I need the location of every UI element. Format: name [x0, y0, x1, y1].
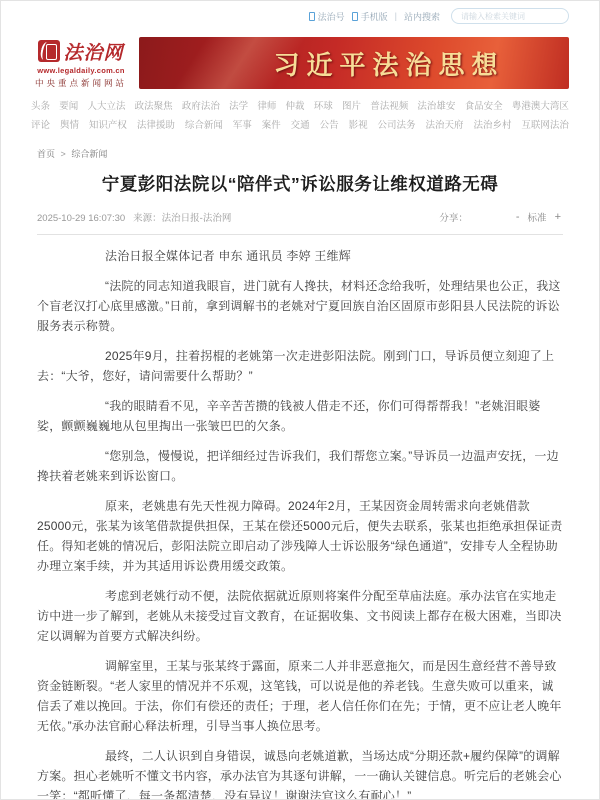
- mobile-version-link[interactable]: 手机版: [352, 10, 388, 23]
- article-paragraph: 原来，老姚患有先天性视力障碍。2024年2月，王某因资金周转需求向老姚借款250…: [37, 496, 563, 576]
- main-nav: 头条 要闻 人大立法 政法聚焦 政府法治 法学 律师 仲裁 环球 图片 普法视频…: [1, 89, 599, 137]
- mobile-icon: [352, 12, 358, 21]
- nav-item[interactable]: 粤港澳大湾区: [512, 97, 569, 116]
- banner-title: 习近平法治思想: [203, 45, 504, 82]
- logo-url: www.legaldaily.com.cn: [37, 66, 125, 75]
- article-paragraph: “我的眼睛看不见，辛辛苦苦攒的钱被人借走不还，你们可得帮帮我！”老姚泪眼婆娑，颤…: [37, 396, 563, 436]
- nav-item[interactable]: 仲裁: [286, 97, 305, 116]
- article-source: 法治日报-法治网: [162, 213, 232, 224]
- font-size-label: 标准: [528, 210, 547, 224]
- nav-item[interactable]: 法学: [229, 97, 248, 116]
- nav-item[interactable]: 评论: [31, 116, 50, 135]
- logo-title: 法治网: [63, 38, 123, 65]
- article-time: 2025-10-29 16:07:30: [37, 213, 125, 224]
- nav-item[interactable]: 公司法务: [378, 116, 416, 135]
- breadcrumb-current[interactable]: 综合新闻: [71, 149, 107, 159]
- article-byline: 法治日报全媒体记者 申东 通讯员 李婷 王维辉: [37, 246, 563, 266]
- nav-item[interactable]: 影视: [349, 116, 368, 135]
- font-larger-button[interactable]: +: [553, 211, 563, 223]
- article-paragraph: “您别急，慢慢说，把详细经过告诉我们，我们帮您立案。”导诉员一边温声安抚，一边搀…: [37, 446, 563, 486]
- site-search-label: 站内搜索: [404, 10, 440, 23]
- breadcrumb-separator: >: [61, 149, 66, 159]
- article: 宁夏彭阳法院以“陪伴式”诉讼服务让维权道路无碍 2025-10-29 16:07…: [1, 173, 599, 800]
- nav-item[interactable]: 法治天府: [425, 116, 463, 135]
- breadcrumb-home[interactable]: 首页: [37, 149, 55, 159]
- nav-item[interactable]: 法律援助: [137, 116, 175, 135]
- font-smaller-button[interactable]: -: [514, 211, 522, 223]
- nav-item[interactable]: 知识产权: [89, 116, 127, 135]
- article-body: 法治日报全媒体记者 申东 通讯员 李婷 王维辉 “法院的同志知道我眼盲，进门就有…: [37, 246, 563, 800]
- nav-item[interactable]: 普法视频: [370, 97, 408, 116]
- nav-item[interactable]: 食品安全: [465, 97, 503, 116]
- topbar-divider: |: [395, 11, 397, 21]
- nav-item[interactable]: 法治雄安: [417, 97, 455, 116]
- nav-row-2: 评论 舆情 知识产权 法律援助 综合新闻 军事 案件 交通 公告 影视 公司法务…: [31, 116, 569, 135]
- share-controls: 分享： - 标准 +: [439, 210, 563, 224]
- article-paragraph: 2025年9月，拄着拐棍的老姚第一次走进彭阳法院。刚到门口，导诉员便立刻迎了上去…: [37, 346, 563, 386]
- article-paragraph: “法院的同志知道我眼盲，进门就有人搀扶，材料还念给我听，处理结果也公正，我这个盲…: [37, 276, 563, 336]
- article-title: 宁夏彭阳法院以“陪伴式”诉讼服务让维权道路无碍: [37, 173, 563, 196]
- nav-item[interactable]: 军事: [233, 116, 252, 135]
- mobile-version-label: 手机版: [361, 10, 388, 23]
- logo-seal-icon: [38, 40, 60, 62]
- nav-item[interactable]: 环球: [314, 97, 333, 116]
- site-logo[interactable]: 法治网 www.legaldaily.com.cn 中央重点新闻网站: [31, 37, 131, 89]
- search-input[interactable]: [451, 8, 569, 24]
- article-paragraph: 调解室里，王某与张某终于露面，原来二人并非恶意拖欠，而是因生意经营不善导致资金链…: [37, 656, 563, 736]
- legal-account-link[interactable]: 法治号: [309, 10, 345, 23]
- banner-xjp-rule-of-law[interactable]: 习近平法治思想: [139, 37, 569, 89]
- article-paragraph: 考虑到老姚行动不便，法院依据就近原则将案件分配至草庙法庭。承办法官在实地走访中进…: [37, 586, 563, 646]
- article-meta-left: 2025-10-29 16:07:30 来源：法治日报-法治网: [37, 210, 231, 224]
- nav-item[interactable]: 图片: [342, 97, 361, 116]
- logo-subtitle: 中央重点新闻网站: [35, 77, 127, 89]
- share-label: 分享：: [439, 210, 468, 224]
- site-header: 法治网 www.legaldaily.com.cn 中央重点新闻网站 习近平法治…: [1, 31, 599, 89]
- nav-item[interactable]: 案件: [262, 116, 281, 135]
- nav-item[interactable]: 舆情: [60, 116, 79, 135]
- nav-item[interactable]: 政府法治: [182, 97, 220, 116]
- legal-account-label: 法治号: [318, 10, 345, 23]
- nav-item[interactable]: 综合新闻: [185, 116, 223, 135]
- nav-item[interactable]: 互联网法治: [521, 116, 569, 135]
- nav-item[interactable]: 公告: [320, 116, 339, 135]
- nav-item[interactable]: 政法聚焦: [135, 97, 173, 116]
- topbar: 法治号 手机版 | 站内搜索: [1, 1, 599, 31]
- nav-item[interactable]: 交通: [291, 116, 310, 135]
- page: 法治号 手机版 | 站内搜索 法治网 www.legaldaily.com.cn…: [0, 0, 600, 800]
- site-search-link[interactable]: 站内搜索: [404, 10, 440, 23]
- nav-item[interactable]: 人大立法: [87, 97, 125, 116]
- nav-item[interactable]: 律师: [257, 97, 276, 116]
- nav-item[interactable]: 法治乡村: [473, 116, 511, 135]
- article-source-label: 来源：: [133, 213, 162, 224]
- article-meta: 2025-10-29 16:07:30 来源：法治日报-法治网 分享： - 标准…: [37, 208, 563, 235]
- nav-row-1: 头条 要闻 人大立法 政法聚焦 政府法治 法学 律师 仲裁 环球 图片 普法视频…: [31, 97, 569, 116]
- nav-item[interactable]: 头条: [31, 97, 50, 116]
- nav-item[interactable]: 要闻: [59, 97, 78, 116]
- breadcrumb: 首页 > 综合新闻: [1, 137, 599, 160]
- legal-account-icon: [309, 12, 315, 21]
- article-paragraph: 最终，二人认识到自身错误，诚恳向老姚道歉，当场达成“分期还款+履约保障”的调解方…: [37, 746, 563, 800]
